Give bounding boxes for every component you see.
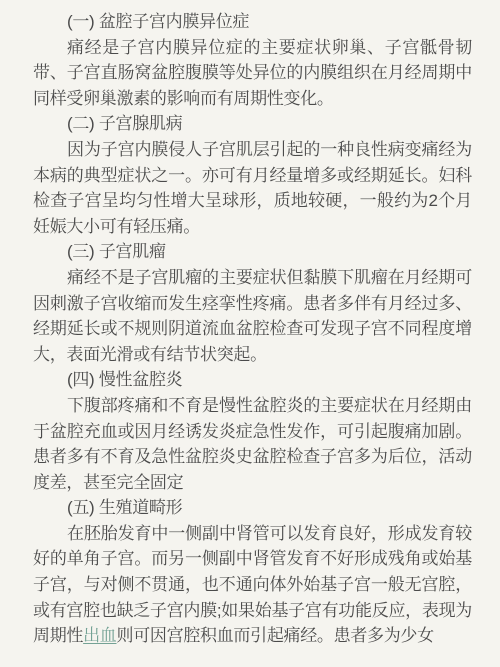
- paragraph-text-after-link: 则可因宫腔积血而引起痛经。患者多为少女: [117, 626, 434, 645]
- paragraph: 因为子宫内膜侵人子宫肌层引起的一种良性病变痛经为本病的典型症状之一。亦可有月经量…: [33, 137, 472, 239]
- section-heading: (一) 盆腔子宫内膜异位症: [33, 9, 472, 35]
- section-genital-tract-malformation: (五) 生殖道畸形 在胚胎发育中一侧副中肾管可以发育良好，形成发育较好的单角子宫…: [33, 495, 472, 649]
- paragraph: 痛经是子宫内膜异位症的主要症状卵巢、子宫骶骨韧带、子宫直肠窝盆腔腹膜等处异位的内…: [33, 35, 472, 112]
- paragraph: 下腹部疼痛和不育是慢性盆腔炎的主要症状在月经期由于盆腔充血或因月经诱发炎症急性发…: [33, 393, 472, 495]
- section-uterine-fibroids: (三) 子宫肌瘤 痛经不是子宫肌瘤的主要症状但黏膜下肌瘤在月经期可因刺激子宫收缩…: [33, 239, 472, 367]
- section-heading: (四) 慢性盆腔炎: [33, 367, 472, 393]
- paragraph: 在胚胎发育中一侧副中肾管可以发育良好，形成发育较好的单角子宫。而另一侧副中肾管发…: [33, 521, 472, 649]
- section-heading: (五) 生殖道畸形: [33, 495, 472, 521]
- paragraph: 痛经不是子宫肌瘤的主要症状但黏膜下肌瘤在月经期可因刺激子宫收缩而发生痉挛性疼痛。…: [33, 265, 472, 367]
- section-chronic-pelvic-inflammation: (四) 慢性盆腔炎 下腹部疼痛和不育是慢性盆腔炎的主要症状在月经期由于盆腔充血或…: [33, 367, 472, 495]
- section-adenomyosis: (二) 子宫腺肌病 因为子宫内膜侵人子宫肌层引起的一种良性病变痛经为本病的典型症…: [33, 111, 472, 239]
- section-endometriosis: (一) 盆腔子宫内膜异位症 痛经是子宫内膜异位症的主要症状卵巢、子宫骶骨韧带、子…: [33, 9, 472, 111]
- section-heading: (二) 子宫腺肌病: [33, 111, 472, 137]
- section-heading: (三) 子宫肌瘤: [33, 239, 472, 265]
- article-page: (一) 盆腔子宫内膜异位症 痛经是子宫内膜异位症的主要症状卵巢、子宫骶骨韧带、子…: [0, 0, 500, 667]
- bleeding-term-link[interactable]: 出血: [83, 626, 116, 645]
